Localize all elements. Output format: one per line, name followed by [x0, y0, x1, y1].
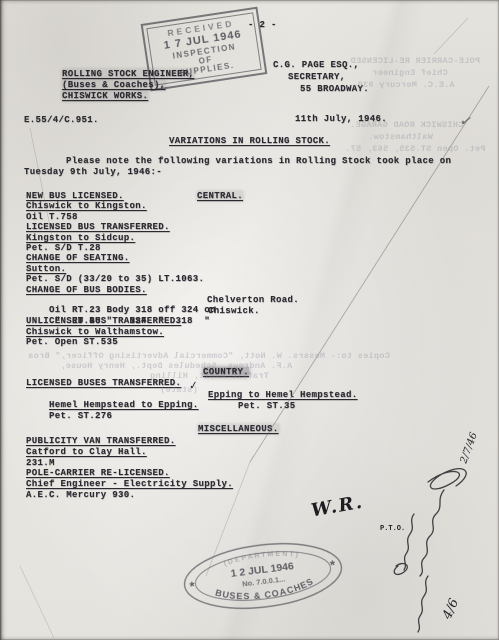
doc-line: Kingston to Sidcup. — [26, 233, 135, 243]
intro-line-2: Tuesday 9th July, 1946:- — [24, 167, 162, 177]
doc-line-text: Pet. ST.35 — [238, 401, 296, 411]
bleed-text: Copies to:- Messrs. W. Nott, "Commercial… — [28, 352, 390, 361]
recipient-line: SECRETARY, — [288, 72, 346, 82]
crease-line — [20, 566, 54, 638]
doc-line-text: Epping to Hemel Hempstead. — [208, 390, 358, 400]
sender-line: (Buses & Coaches), — [62, 80, 166, 90]
doc-line: 231.M — [26, 458, 55, 468]
doc-line: Sutton. — [26, 264, 66, 274]
doc-line-text: Pet. ST.276 — [49, 411, 112, 421]
handwritten-initials: W.R. — [310, 492, 366, 522]
bleed-text: POLE-CARRIER RE-LICENSED. — [345, 57, 480, 66]
bleed-text: CHISWICK ROAD GARAGE. — [350, 121, 463, 130]
section-heading-central: CENTRAL. — [197, 191, 243, 201]
oval-stamp: 1 2 JUL 1946 No. 7.0.0.1... BUSES & COAC… — [176, 530, 350, 622]
signature-loop — [428, 469, 466, 489]
scan-edge-shadow — [0, 0, 4, 640]
handwritten-tick: ✓ — [188, 378, 199, 392]
section-heading-misc: MISCELLANEOUS. — [198, 424, 279, 434]
bleed-text: Pet. Open ST.535, 563, 57. — [345, 145, 485, 154]
doc-line-location: Chiswick. — [208, 306, 260, 316]
doc-line: UNLICENSED BUS TRANSFERRED. — [26, 316, 181, 326]
doc-line: Pet. S/D T.28 — [26, 243, 101, 253]
doc-line-location: Chelverton Road. — [207, 295, 299, 305]
doc-line: Chiswick to Walthamstow. — [26, 327, 164, 337]
pto-note: P.T.O. — [380, 525, 405, 533]
doc-line: PUBLICITY VAN TRANSFERRED. — [26, 436, 176, 446]
doc-line: Pet. Open ST.535 — [26, 337, 118, 347]
handwritten-check: ✓ — [458, 111, 474, 131]
margin-fraction: 4/6 — [440, 596, 463, 622]
doc-line: NEW BUS LICENSED. — [26, 191, 124, 201]
doc-line: Oil T.758 — [26, 212, 78, 222]
signature-stroke — [420, 490, 444, 576]
oval-stamp-star-right: * — [329, 557, 337, 573]
bleed-text: Walthamstow. — [368, 133, 433, 142]
bleed-text: A.E.C. Mercury 930. — [352, 81, 455, 90]
doc-line: A.E.C. Mercury 930. — [26, 490, 135, 500]
bleed-text: Traffic Audit, Hilling — [150, 372, 269, 381]
sender-line: CHISWICK WORKS. — [62, 91, 148, 101]
doc-line: Chiswick to Kingston. — [26, 201, 147, 211]
doc-line: LICENSED BUS TRANSFERRED. — [26, 222, 170, 232]
margin-annotations: 2/7/46 P.T.O. 4/6 — [378, 418, 498, 640]
sender-line: ROLLING STOCK ENGINEER, — [62, 69, 194, 79]
doc-line: Catford to Clay Hall. — [26, 447, 147, 457]
margin-date: 2/7/46 — [458, 430, 480, 466]
doc-line: CHANGE OF BUS BODIES. — [26, 285, 147, 295]
page-number: - 2 - — [248, 20, 277, 30]
doc-line: Pet. S/D (33/20 to 35) LT.1063. — [26, 274, 204, 284]
doc-line: POLE-CARRIER RE-LICENSED. — [26, 468, 170, 478]
bleed-text: A.F. Andrews, Schedules Dept., Henry Hou… — [60, 362, 292, 371]
bleed-text: Chief Engineer — [372, 69, 448, 78]
document-page: RECEIVED 1 7 JUL 1946 INSPECTION OF SUPP… — [0, 0, 499, 640]
signature-stroke — [418, 576, 428, 632]
crease-line — [434, 18, 468, 54]
reference-number: E.55/4/C.951. — [24, 115, 99, 125]
doc-line: CHANGE OF SEATING. — [26, 253, 130, 263]
doc-line: Chief Engineer - Electricity Supply. — [26, 479, 233, 489]
intro-line-1: Please note the following variations in … — [66, 156, 451, 166]
signature-stroke — [404, 514, 414, 570]
